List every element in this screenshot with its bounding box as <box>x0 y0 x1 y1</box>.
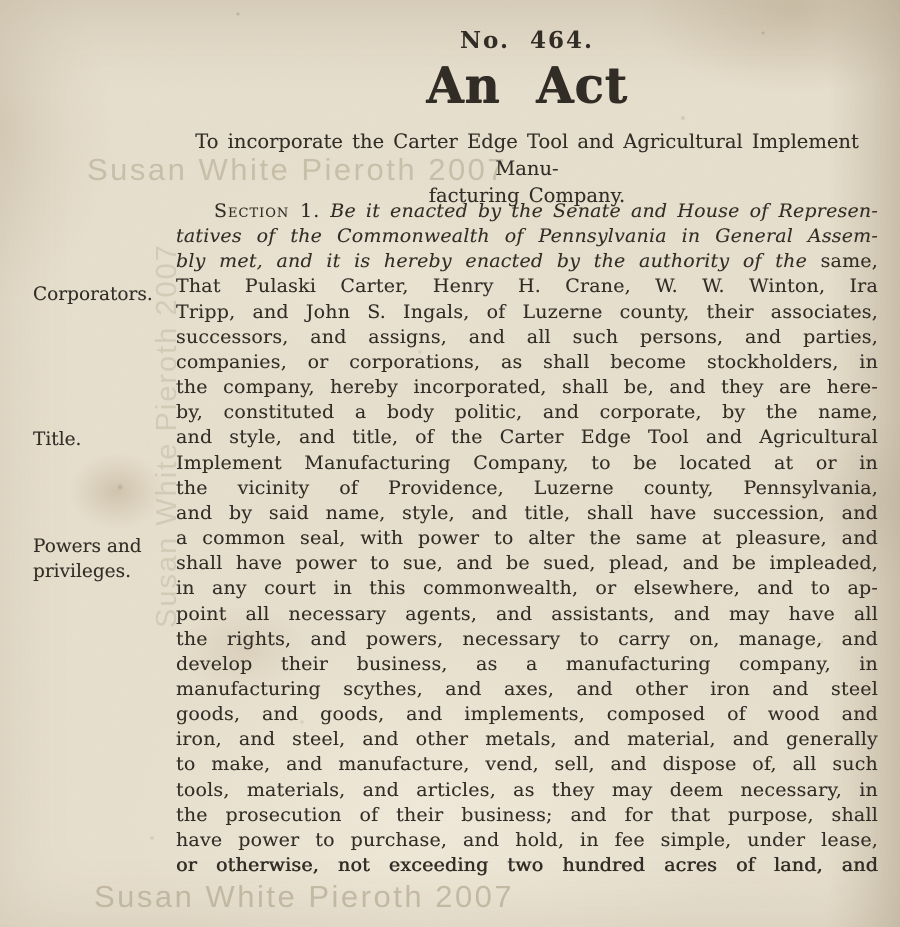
act-purpose-heading: To incorporate the Carter Edge Tool and … <box>176 128 878 209</box>
body-line-segment <box>320 200 330 222</box>
body-line: have power to purchase, and hold, in fee… <box>176 828 878 853</box>
body-line-segment: a common seal, with power to alter the s… <box>176 527 878 549</box>
body-line: in any court in this commonwealth, or el… <box>176 576 878 601</box>
body-line: develop their business, as a manufacturi… <box>176 652 878 677</box>
body-line-segment: Implement Manufacturing Company, to be l… <box>176 452 878 474</box>
body-line: shall have power to sue, and be sued, pl… <box>176 551 878 576</box>
act-number: No. 464. <box>176 27 878 54</box>
body-line: iron, and steel, and other metals, and m… <box>176 727 878 752</box>
body-line-segment: Section 1. <box>214 200 320 222</box>
body-line: the prosecution of their business; and f… <box>176 803 878 828</box>
body-line-segment: Be it enacted by the Senate and House of… <box>330 200 878 222</box>
watermark-bottom: Susan White Pieroth 2007 <box>94 879 514 915</box>
body-line-segment: the company, hereby incorporated, shall … <box>176 376 878 398</box>
margin-note-corporators: Corporators. <box>33 282 155 307</box>
body-line: the vicinity of Providence, Luzerne coun… <box>176 476 878 501</box>
body-line: tools, materials, and articles, as they … <box>176 778 878 803</box>
margin-note-title: Title. <box>33 427 155 452</box>
body-line: tatives of the Commonwealth of Pennsylva… <box>176 224 878 249</box>
margin-note-powers-and-privileges: Powers and privileges. <box>33 534 155 584</box>
body-line: bly met, and it is hereby enacted by the… <box>176 249 878 274</box>
act-title: An Act <box>176 57 878 115</box>
body-line-segment: Tripp, and John S. Ingals, of Luzerne co… <box>176 301 878 323</box>
body-line: and style, and title, of the Carter Edge… <box>176 425 878 450</box>
body-line-segment: tatives of the Commonwealth of Pennsylva… <box>176 225 878 247</box>
body-line-segment: bly met, and it is hereby enacted by the… <box>176 250 821 272</box>
body-line-segment: goods, and goods, and implements, compos… <box>176 703 878 725</box>
body-line-segment: point all necessary agents, and assistan… <box>176 603 878 625</box>
body-line: manufacturing scythes, and axes, and oth… <box>176 677 878 702</box>
body-line-segment: by, constituted a body politic, and corp… <box>176 401 878 423</box>
body-line-segment: or otherwise, not exceeding two hundred … <box>176 854 878 876</box>
body-line: point all necessary agents, and assistan… <box>176 602 878 627</box>
body-line-segment: iron, and steel, and other metals, and m… <box>176 728 878 750</box>
body-line: to make, and manufacture, vend, sell, an… <box>176 752 878 777</box>
act-purpose-line1: To incorporate the Carter Edge Tool and … <box>176 128 878 182</box>
body-line-segment: same, <box>821 250 878 272</box>
body-line-segment: have power to purchase, and hold, in fee… <box>176 829 878 851</box>
body-line: or otherwise, not exceeding two hundred … <box>176 853 878 878</box>
body-line: by, constituted a body politic, and corp… <box>176 400 878 425</box>
body-line-segment: shall have power to sue, and be sued, pl… <box>176 552 878 574</box>
body-line-segment: manufacturing scythes, and axes, and oth… <box>176 678 878 700</box>
body-line: Implement Manufacturing Company, to be l… <box>176 451 878 476</box>
body-line-segment: the rights, and powers, necessary to car… <box>176 628 878 650</box>
body-line-segment: the prosecution of their business; and f… <box>176 804 878 826</box>
body-line: a common seal, with power to alter the s… <box>176 526 878 551</box>
body-line-segment: and style, and title, of the Carter Edge… <box>176 426 878 448</box>
body-line-segment: companies, or corporations, as shall bec… <box>176 351 878 373</box>
body-line: Section 1. Be it enacted by the Senate a… <box>176 199 878 224</box>
body-line: Tripp, and John S. Ingals, of Luzerne co… <box>176 300 878 325</box>
section-1-body-text: Section 1. Be it enacted by the Senate a… <box>176 199 878 878</box>
body-line-segment: to make, and manufacture, vend, sell, an… <box>176 753 878 775</box>
scanned-act-page: Susan White Pieroth 2007 Susan White Pie… <box>0 0 900 927</box>
body-line: companies, or corporations, as shall bec… <box>176 350 878 375</box>
body-line: the rights, and powers, necessary to car… <box>176 627 878 652</box>
body-line-segment: the vicinity of Providence, Luzerne coun… <box>176 477 878 499</box>
body-line-segment: successors, and assigns, and all such pe… <box>176 326 878 348</box>
body-line-segment: and by said name, style, and title, shal… <box>176 502 878 524</box>
body-line-segment: tools, materials, and articles, as they … <box>176 779 878 801</box>
body-line: goods, and goods, and implements, compos… <box>176 702 878 727</box>
body-line: the company, hereby incorporated, shall … <box>176 375 878 400</box>
body-line: That Pulaski Carter, Henry H. Crane, W. … <box>176 274 878 299</box>
body-line: and by said name, style, and title, shal… <box>176 501 878 526</box>
body-line-segment: That Pulaski Carter, Henry H. Crane, W. … <box>176 275 878 297</box>
body-line-segment: in any court in this commonwealth, or el… <box>176 577 878 599</box>
body-line-segment: develop their business, as a manufacturi… <box>176 653 878 675</box>
body-line: successors, and assigns, and all such pe… <box>176 325 878 350</box>
